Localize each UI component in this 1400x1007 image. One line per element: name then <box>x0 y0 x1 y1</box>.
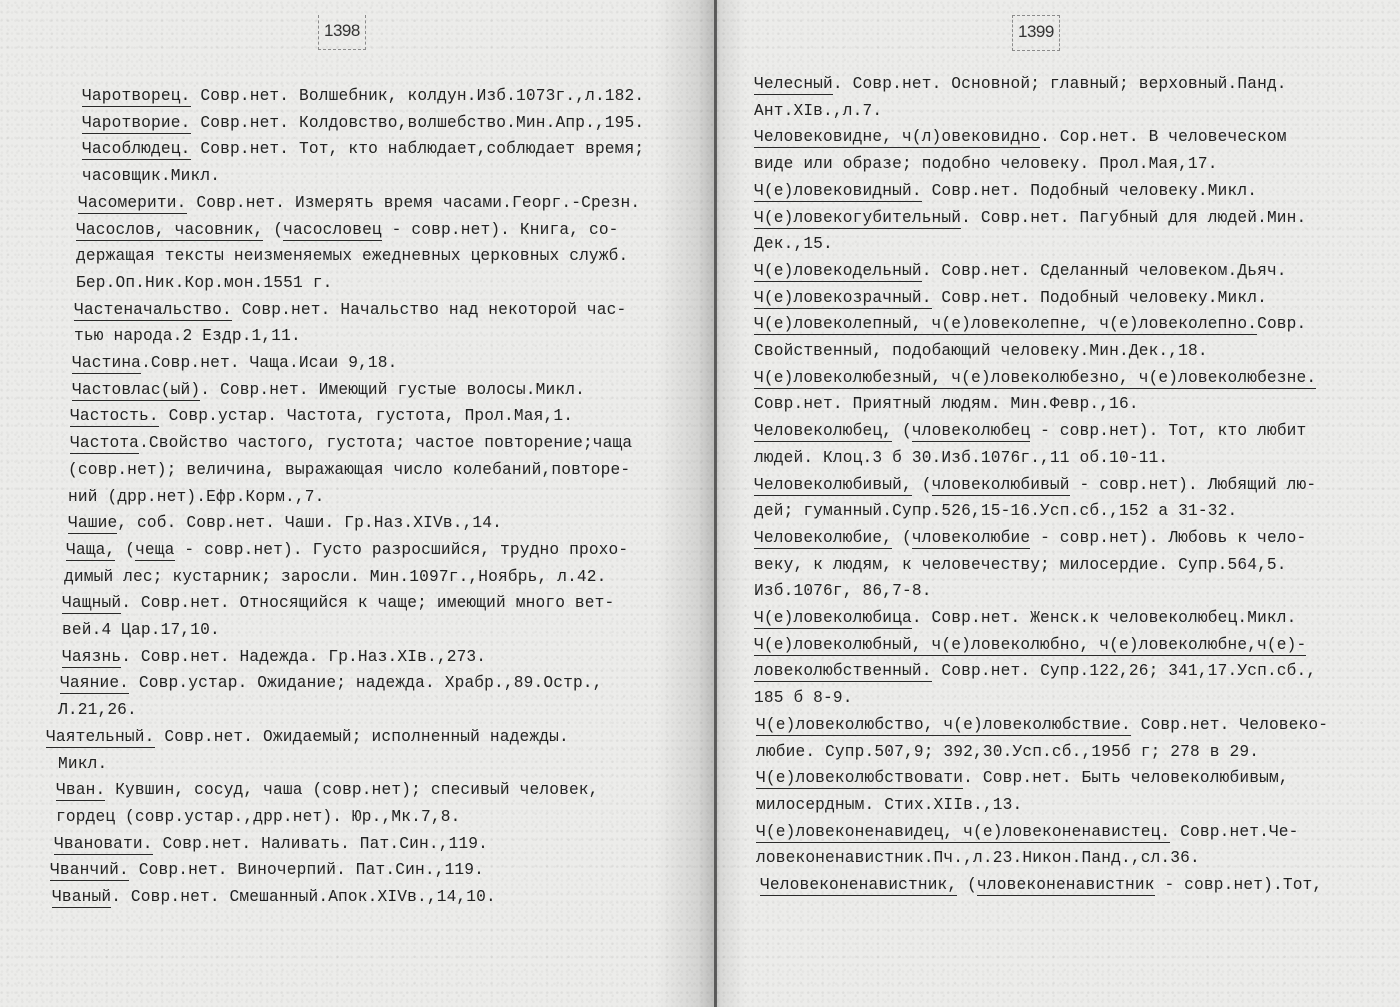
text-line: тью народа.2 Ездр.1,11. <box>74 326 301 346</box>
definition-text: Совр.нет.Че- <box>1170 823 1298 841</box>
definition-text: ( <box>912 476 932 494</box>
text-line: Частина.Совр.нет. Чаща.Исаи 9,18. <box>72 353 398 373</box>
text-line: Частовлас(ый). Совр.нет. Имеющий густые … <box>72 380 585 400</box>
definition-text: . Совр.нет. Относящийся к чаще; имеющий … <box>121 594 614 612</box>
headword: Ч(е)ловекодельный <box>754 262 922 282</box>
text-line: Ч(е)ловеколюбезный, ч(е)ловеколюбезно, ч… <box>754 368 1316 388</box>
definition-text: Совр.нет. Подобный человеку.Микл. <box>932 289 1267 307</box>
headword: Чвановати. <box>54 835 153 855</box>
headword: чловеколюбие <box>912 529 1030 549</box>
headword: Чаротворие. <box>82 114 191 134</box>
text-line: вей.4 Цар.17,10. <box>62 620 220 640</box>
definition-text: - совр.нет). Густо разросшийся, трудно п… <box>175 541 629 559</box>
headword: чловеколюбец <box>912 422 1030 442</box>
headword: Чаща, <box>66 541 115 561</box>
definition-text: ( <box>892 422 912 440</box>
definition-text: гордец (совр.устар.,дрр.нет). Юр.,Мк.7,8… <box>56 808 460 826</box>
text-line: Чаща, (чеща - совр.нет). Густо разросший… <box>66 540 628 560</box>
text-line: Человековидне, ч(л)овековидно. Сор.нет. … <box>754 127 1287 147</box>
headword: Ч(е)ловеконенавидец, ч(е)ловеконенависте… <box>756 823 1170 843</box>
headword: Частовлас(ый) <box>72 381 200 401</box>
definition-text: Ант.XIв.,л.7. <box>754 102 882 120</box>
text-line: Л.21,26. <box>58 700 137 720</box>
definition-text: Совр.нет. Супр.122,26; 341,17.Усп.сб., <box>932 662 1317 680</box>
definition-text: . Сор.нет. В человеческом <box>1040 128 1287 146</box>
text-line: милосердным. Стих.XIIв.,13. <box>756 795 1022 815</box>
headword: Часослов, часовник, <box>76 221 263 241</box>
definition-text: - совр.нет).Тот, <box>1155 876 1323 894</box>
definition-text: Изб.1076г, 86,7-8. <box>754 582 932 600</box>
text-line: Часослов, часовник, (часословец - совр.н… <box>76 220 619 240</box>
text-line: ловеконенавистник.Пч.,л.23.Никон.Панд.,с… <box>756 848 1200 868</box>
headword: Ч(е)ловеколюбство, ч(е)ловеколюбствие. <box>756 716 1131 736</box>
headword: Ч(е)ловекозрачный. <box>754 289 932 309</box>
text-line: ловеколюбственный. Совр.нет. Супр.122,26… <box>754 661 1316 681</box>
headword: Чван. <box>56 781 105 801</box>
headword: Часомерити. <box>78 194 187 214</box>
text-line: 185 б 8-9. <box>754 688 853 708</box>
text-line: Чваный. Совр.нет. Смешанный.Апок.XIVв.,1… <box>52 887 496 907</box>
text-line: Челесный. Совр.нет. Основной; главный; в… <box>754 74 1287 94</box>
headword: Ч(е)ловековидный. <box>754 182 922 202</box>
definition-text: Л.21,26. <box>58 701 137 719</box>
text-line: Чашие, соб. Совр.нет. Чаши. Гр.Наз.XIVв.… <box>68 513 502 533</box>
headword: Часоблюдец. <box>82 140 191 160</box>
definition-text: - совр.нет). Любящий лю- <box>1070 476 1317 494</box>
definition-text: вей.4 Цар.17,10. <box>62 621 220 639</box>
headword: Чаязнь <box>62 648 121 668</box>
text-line: Ч(е)ловеколюбный, ч(е)ловеколюбно, ч(е)л… <box>754 635 1306 655</box>
headword: Частина <box>72 354 141 374</box>
text-line: Человеколюбец, (чловеколюбец - совр.нет)… <box>754 421 1306 441</box>
left-page: 1398 Чаротворец. Совр.нет. Волшебник, ко… <box>0 0 716 1007</box>
definition-text: . Совр.нет. Смешанный.Апок.XIVв.,14,10. <box>111 888 496 906</box>
text-line: Чван. Кувшин, сосуд, чаша (совр.нет); сп… <box>56 780 599 800</box>
headword: Человеколюбие, <box>754 529 892 549</box>
headword: Челесный <box>754 75 833 95</box>
definition-text: веку, к людям, к человечеству; милосерди… <box>754 556 1287 574</box>
definition-text: дей; гуманный.Супр.526,15-16.Усп.сб.,152… <box>754 502 1237 520</box>
definition-text: ( <box>115 541 135 559</box>
headword: Чванчий. <box>50 861 129 881</box>
headword: Ч(е)ловекогубительный <box>754 209 961 229</box>
headword: Человековидне, ч(л)овековидно <box>754 128 1040 148</box>
definition-text: ( <box>263 221 283 239</box>
definition-text: . Совр.нет. Пагубный для людей.Мин. <box>961 209 1306 227</box>
definition-text: Совр.нет. Виночерпий. Пат.Син.,119. <box>129 861 484 879</box>
definition-text: - совр.нет). Любовь к чело- <box>1030 529 1306 547</box>
text-line: Частость. Совр.устар. Частота, густота, … <box>70 406 573 426</box>
text-line: Ч(е)ловеколюбица. Совр.нет. Женск.к чело… <box>754 608 1297 628</box>
text-line: Частеначальство. Совр.нет. Начальство на… <box>74 300 626 320</box>
definition-text: . Совр.нет. Имеющий густые волосы.Микл. <box>200 381 585 399</box>
text-line: Человеколюбие, (чловеколюбие - совр.нет)… <box>754 528 1306 548</box>
headword: чловеколюбивый <box>932 476 1070 496</box>
definition-text: (совр.нет); величина, выражающая число к… <box>68 461 630 479</box>
headword: Ч(е)ловеколюбствовати <box>756 769 963 789</box>
definition-text: тью народа.2 Ездр.1,11. <box>74 327 301 345</box>
definition-text: ( <box>957 876 977 894</box>
text-line: Совр.нет. Приятный людям. Мин.Февр.,16. <box>754 394 1139 414</box>
definition-text: . Совр.нет. Основной; главный; верховный… <box>833 75 1287 93</box>
definition-text: часовщик.Микл. <box>82 167 220 185</box>
headword: Ч(е)ловеколюбезный, ч(е)ловеколюбезно, ч… <box>754 369 1316 389</box>
definition-text: людей. Клоц.3 б 30.Изб.1076г.,11 об.10-1… <box>754 449 1168 467</box>
text-line: Ч(е)ловекозрачный. Совр.нет. Подобный че… <box>754 288 1267 308</box>
headword: Чваный <box>52 888 111 908</box>
definition-text: ловеконенавистник.Пч.,л.23.Никон.Панд.,с… <box>756 849 1200 867</box>
definition-text: Совр.нет. Человеко- <box>1131 716 1328 734</box>
headword: чловеконенавистник <box>977 876 1155 896</box>
text-line: Частота.Свойство частого, густота; часто… <box>70 433 632 453</box>
headword: Чащный <box>62 594 121 614</box>
definition-text: Бер.Оп.Ник.Кор.мон.1551 г. <box>76 274 332 292</box>
text-line: любие. Супр.507,9; 392,30.Усп.сб.,195б г… <box>756 742 1259 762</box>
headword: Человеколюбец, <box>754 422 892 442</box>
text-line: гордец (совр.устар.,дрр.нет). Юр.,Мк.7,8… <box>56 807 460 827</box>
text-line: Чащный. Совр.нет. Относящийся к чаще; им… <box>62 593 614 613</box>
definition-text: . Совр.нет. Надежда. Гр.Наз.XIв.,273. <box>121 648 486 666</box>
text-line: людей. Клоц.3 б 30.Изб.1076г.,11 об.10-1… <box>754 448 1168 468</box>
text-line: Ч(е)ловекодельный. Совр.нет. Сделанный ч… <box>754 261 1287 281</box>
definition-text: милосердным. Стих.XIIв.,13. <box>756 796 1022 814</box>
headword: Частеначальство. <box>74 301 232 321</box>
headword: Ч(е)ловеколепный, ч(е)ловеколепне, ч(е)л… <box>754 315 1257 335</box>
text-line: Чванчий. Совр.нет. Виночерпий. Пат.Син.,… <box>50 860 484 880</box>
text-line: Ч(е)ловековидный. Совр.нет. Подобный чел… <box>754 181 1257 201</box>
text-line: Ч(е)ловеколюбствовати. Совр.нет. Быть че… <box>756 768 1289 788</box>
definition-text: 185 б 8-9. <box>754 689 853 707</box>
definition-text: . Совр.нет. Женск.к человеколюбец.Микл. <box>912 609 1297 627</box>
text-line: Чаротворец. Совр.нет. Волшебник, колдун.… <box>82 86 644 106</box>
headword: ловеколюбственный. <box>754 662 932 682</box>
text-line: Ч(е)ловеколепный, ч(е)ловеколепне, ч(е)л… <box>754 314 1306 334</box>
definition-text: Совр.устар. Частота, густота, Прол.Мая,1… <box>159 407 573 425</box>
definition-text: . Совр.нет. Быть человеколюбивым, <box>963 769 1289 787</box>
text-line: Бер.Оп.Ник.Кор.мон.1551 г. <box>76 273 332 293</box>
definition-text: Совр.нет. Тот, кто наблюдает,соблюдает в… <box>191 140 645 158</box>
text-line: Свойственный, подобающий человеку.Мин.Де… <box>754 341 1208 361</box>
definition-text: .Совр.нет. Чаща.Исаи 9,18. <box>141 354 397 372</box>
text-line: Чаятельный. Совр.нет. Ожидаемый; исполне… <box>46 727 569 747</box>
definition-text: Совр.нет. Начальство над некоторой час- <box>232 301 627 319</box>
definition-text: - совр.нет). Книга, со- <box>382 221 619 239</box>
definition-text: - совр.нет). Тот, кто любит <box>1030 422 1306 440</box>
definition-text: ( <box>892 529 912 547</box>
text-line: Чаяние. Совр.устар. Ожидание; надежда. Х… <box>60 673 603 693</box>
text-line: (совр.нет); величина, выражающая число к… <box>68 460 630 480</box>
definition-text: , соб. Совр.нет. Чаши. Гр.Наз.XIVв.,14. <box>117 514 502 532</box>
definition-text: Совр.нет. Волшебник, колдун.Изб.1073г.,л… <box>191 87 645 105</box>
text-line: Ч(е)ловеколюбство, ч(е)ловеколюбствие. С… <box>756 715 1328 735</box>
text-line: виде или образе; подобно человеку. Прол.… <box>754 154 1218 174</box>
definition-text: Кувшин, сосуд, чаша (совр.нет); спесивый… <box>105 781 598 799</box>
headword: Чаятельный. <box>46 728 155 748</box>
text-line: часовщик.Микл. <box>82 166 220 186</box>
text-line: веку, к людям, к человечеству; милосерди… <box>754 555 1287 575</box>
headword: Чашие <box>68 514 117 534</box>
definition-text: Совр.нет. Наливать. Пат.Син.,119. <box>153 835 488 853</box>
definition-text: .Свойство частого, густота; частое повто… <box>139 434 632 452</box>
definition-text: Свойственный, подобающий человеку.Мин.Де… <box>754 342 1208 360</box>
definition-text: Совр. <box>1257 315 1306 333</box>
definition-text: Совр.нет. Подобный человеку.Микл. <box>922 182 1257 200</box>
book-spread: 1398 Чаротворец. Совр.нет. Волшебник, ко… <box>0 0 1400 1007</box>
headword: Частота <box>70 434 139 454</box>
definition-text: . Совр.нет. Сделанный человеком.Дьяч. <box>922 262 1287 280</box>
text-line: держащая тексты неизменяемых ежедневных … <box>76 246 628 266</box>
definition-text: Дек.,15. <box>754 235 833 253</box>
text-line: Человеколюбивый, (чловеколюбивый - совр.… <box>754 475 1316 495</box>
definition-text: Совр.нет. Приятный людям. Мин.Февр.,16. <box>754 395 1139 413</box>
definition-text: виде или образе; подобно человеку. Прол.… <box>754 155 1218 173</box>
headword: Чаяние. <box>60 674 129 694</box>
headword: Человеконенавистник, <box>760 876 957 896</box>
right-page: 1399 Челесный. Совр.нет. Основной; главн… <box>716 0 1400 1007</box>
text-line: Часомерити. Совр.нет. Измерять время час… <box>78 193 640 213</box>
headword: Человеколюбивый, <box>754 476 912 496</box>
headword: Ч(е)ловеколюбица <box>754 609 912 629</box>
definition-text: ний (дрр.нет).Ефр.Корм.,7. <box>68 488 324 506</box>
text-line: Изб.1076г, 86,7-8. <box>754 581 932 601</box>
text-line: Человеконенавистник, (чловеконенавистник… <box>760 875 1322 895</box>
text-line: Чаротворие. Совр.нет. Колдовство,волшебс… <box>82 113 644 133</box>
headword: Частость. <box>70 407 159 427</box>
text-line: димый лес; кустарник; заросли. Мин.1097г… <box>64 567 607 587</box>
headword: чеща <box>135 541 174 561</box>
definition-text: любие. Супр.507,9; 392,30.Усп.сб.,195б г… <box>756 743 1259 761</box>
page-number-right: 1399 <box>1012 15 1060 51</box>
text-line: Дек.,15. <box>754 234 833 254</box>
headword: Ч(е)ловеколюбный, ч(е)ловеколюбно, ч(е)л… <box>754 636 1306 656</box>
text-line: дей; гуманный.Супр.526,15-16.Усп.сб.,152… <box>754 501 1237 521</box>
text-line: Ч(е)ловеконенавидец, ч(е)ловеконенависте… <box>756 822 1299 842</box>
text-line: Ант.XIв.,л.7. <box>754 101 882 121</box>
page-number-left: 1398 <box>318 15 366 50</box>
text-line: Ч(е)ловекогубительный. Совр.нет. Пагубны… <box>754 208 1306 228</box>
definition-text: держащая тексты неизменяемых ежедневных … <box>76 247 628 265</box>
text-line: Микл. <box>58 754 107 774</box>
definition-text: Совр.нет. Измерять время часами.Георг.-С… <box>187 194 641 212</box>
text-line: Часоблюдец. Совр.нет. Тот, кто наблюдает… <box>82 139 644 159</box>
headword: часословец <box>283 221 382 241</box>
definition-text: Совр.устар. Ожидание; надежда. Храбр.,89… <box>129 674 602 692</box>
definition-text: димый лес; кустарник; заросли. Мин.1097г… <box>64 568 607 586</box>
headword: Чаротворец. <box>82 87 191 107</box>
definition-text: Совр.нет. Колдовство,волшебство.Мин.Апр.… <box>191 114 645 132</box>
text-line: Чаязнь. Совр.нет. Надежда. Гр.Наз.XIв.,2… <box>62 647 486 667</box>
definition-text: Совр.нет. Ожидаемый; исполненный надежды… <box>155 728 569 746</box>
text-line: Чвановати. Совр.нет. Наливать. Пат.Син.,… <box>54 834 488 854</box>
definition-text: Микл. <box>58 755 107 773</box>
text-line: ний (дрр.нет).Ефр.Корм.,7. <box>68 487 324 507</box>
book-gutter <box>714 0 717 1007</box>
